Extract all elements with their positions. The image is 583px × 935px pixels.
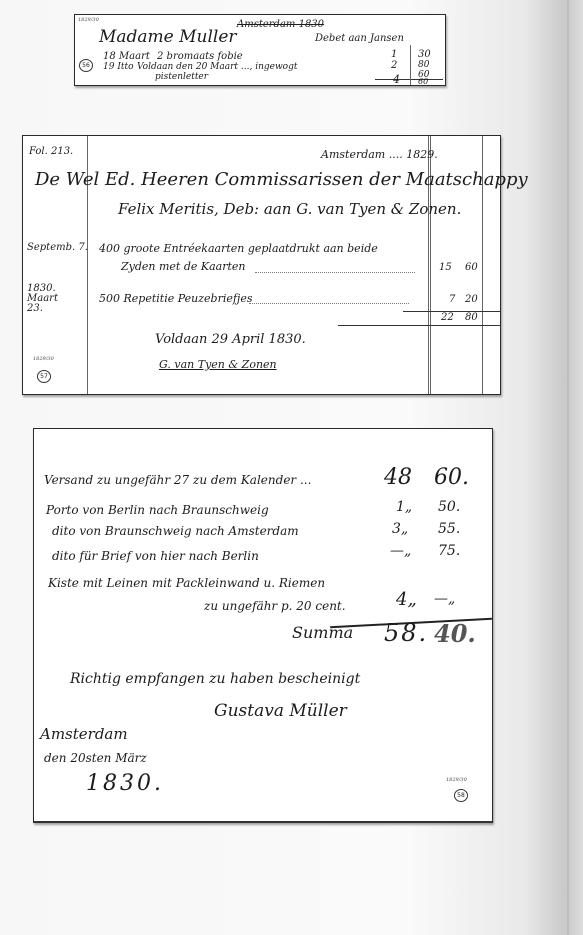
page-edge-shadow [567,0,569,935]
line-description: 2 bromaats fobie [157,51,243,62]
line-guilders: 15 [439,262,452,273]
leader-dots [255,272,415,273]
total-cents: 80 [465,312,478,323]
total-units: 4 [393,73,400,86]
receipt-3: Versand zu ungefähr 27 zu dem Kalender .… [33,428,493,823]
archive-ref: 1829/30 [446,777,467,783]
line-amount-cents: —„ [434,591,455,607]
line-description-cont: Zyden met de Kaarten [121,260,246,273]
line-description-cont: zu ungefähr p. 20 cent. [204,599,346,613]
signature: Gustava Müller [214,701,347,721]
line-date: 1830. Maart 23. [27,284,77,314]
line-description: Voldaan den 20 Maart ..., ingewogt [137,62,297,72]
column-divider [410,45,411,85]
sum-label: Summa [292,623,353,642]
line-units: 1 [391,49,397,60]
addressee-line-2: Felix Meritis, Deb: aan G. van Tyen & Zo… [118,200,461,218]
signature: G. van Tyen & Zonen [159,358,277,371]
total-main: 58. [384,619,428,647]
page-number-badge: 57 [37,370,51,383]
line-cents: 20 [465,294,478,305]
leader-dots [249,303,409,304]
place-note: Amsterdam [40,725,128,743]
line-units: 2 [391,60,397,71]
line-guilders: 7 [449,294,455,305]
archive-ref: 1829/30 [33,356,54,362]
total-rule [375,79,443,80]
line-amount-main: 48 [384,465,412,490]
line-amount-cents: 75. [438,543,460,559]
total-cents: 60 [418,77,428,86]
addressee-line-1: De Wel Ed. Heeren Commissarissen der Maa… [35,169,528,190]
line-cents: 30 [418,49,431,60]
line-description: Porto von Berlin nach Braunschweig [46,503,269,517]
line-cents: 60 [465,262,478,273]
line-description: Versand zu ungefähr 27 zu dem Kalender .… [44,473,311,487]
line-amount-cents: 60. [434,465,469,490]
date-note: den 20sten März [44,751,147,765]
line-date: 19 Itto [103,62,134,72]
place-date: Amsterdam 1830 [237,19,324,30]
line-amount-main: —„ [390,543,411,559]
confirmation-text: Richtig empfangen zu haben bescheinigt [70,671,360,687]
line-description: Kiste mit Leinen mit Packleinwand u. Rie… [48,576,325,590]
year: 1830. [86,771,164,796]
line-date: 18 Maart [103,51,150,62]
total-guilders: 22 [441,312,454,323]
page-number-badge: 58 [454,789,468,802]
place-date: Amsterdam .... 1829. [321,148,438,161]
folio-number: Fol. 213. [29,146,73,157]
line-amount-main: 1„ [396,499,412,515]
salutation: Madame Muller [99,27,237,47]
line-amount-cents: 50. [438,499,460,515]
total-rule [338,325,500,326]
debet-note: Debet aan Jansen [315,33,404,44]
line-description: 500 Repetitie Peuzebriefjes [99,292,253,305]
line-description: 400 groote Entréekaarten geplaatdrukt aa… [99,242,378,255]
total-cents: 40. [434,619,476,648]
line-date: Septemb. 7. [27,242,88,253]
receipt-2: Fol. 213. Amsterdam .... 1829. De Wel Ed… [22,135,501,395]
line-amount-cents: 55. [438,521,460,537]
receipt-1: 1829/30 56 Madame Muller Amsterdam 1830 … [74,14,446,86]
paid-note: Voldaan 29 April 1830. [155,332,306,347]
line-description: dito für Brief von hier nach Berlin [52,549,259,563]
page-number-badge: 56 [79,59,93,72]
archive-ref: 1829/30 [78,17,99,23]
line-amount-main: 4„ [396,589,417,610]
line-cents: 80 [418,60,429,70]
line-description: pistenletter [155,72,208,82]
line-description: dito von Braunschweig nach Amsterdam [52,524,299,538]
line-amount-main: 3„ [392,521,408,537]
